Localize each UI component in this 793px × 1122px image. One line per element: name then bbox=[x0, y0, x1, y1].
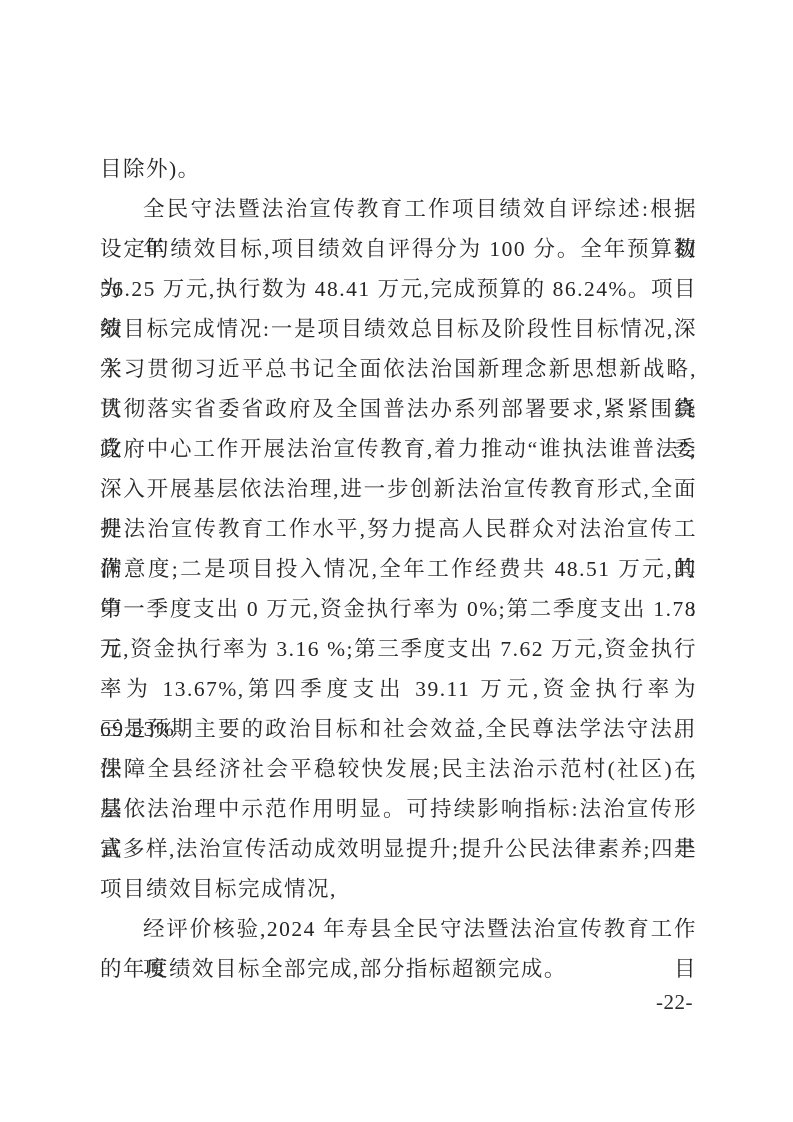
text-line: 保障全县经济社会平稳较快发展;民主法治示范村(社区)在基 bbox=[100, 749, 697, 789]
text-line: 效目标完成情况:一是项目绩效总目标及阶段性目标情况,深入 bbox=[100, 309, 697, 349]
text-line: 层依法治理中示范作用明显。可持续影响指标:法治宣传形式丰 bbox=[100, 789, 697, 829]
page-number: -22- bbox=[656, 988, 693, 1016]
text-line: 56.25 万元,执行数为 48.41 万元,完成预算的 86.24%。项目绩 bbox=[100, 269, 697, 309]
text-line: 升法治宣传教育工作水平,努力提高人民群众对法治宣传工作的 bbox=[100, 509, 697, 549]
text-line: 经评价核验,2024 年寿县全民守法暨法治宣传教育工作项目 bbox=[100, 909, 697, 949]
text-line: 政府中心工作开展法治宣传教育,着力推动“谁执法谁普法”, bbox=[100, 429, 697, 469]
text-line: 元,资金执行率为 3.16 %;第三季度支出 7.62 万元,资金执行 bbox=[100, 629, 697, 669]
text-line: 三是预期主要的政治目标和社会效益,全民尊法学法守法用法, bbox=[100, 709, 697, 749]
text-line: 率为 13.67%,第四季度支出 39.11 万元,资金执行率为 69.53%。 bbox=[100, 669, 697, 709]
text-line: 全民守法暨法治宣传教育工作项目绩效自评综述:根据年初 bbox=[100, 189, 697, 229]
document-page: 目除外)。 全民守法暨法治宣传教育工作项目绩效自评综述:根据年初 设定的绩效目标… bbox=[0, 0, 793, 1122]
text-line: 富多样,法治宣传活动成效明显提升;提升公民法律素养;四是 bbox=[100, 829, 697, 869]
text-line: 目除外)。 bbox=[100, 149, 697, 189]
text-line: 项目绩效目标完成情况, bbox=[100, 869, 697, 909]
text-line: 贯彻落实省委省政府及全国普法办系列部署要求,紧紧围绕党委 bbox=[100, 389, 697, 429]
text-line: 深入开展基层依法治理,进一步创新法治宣传教育形式,全面提 bbox=[100, 469, 697, 509]
document-body: 目除外)。 全民守法暨法治宣传教育工作项目绩效自评综述:根据年初 设定的绩效目标… bbox=[100, 149, 697, 989]
text-line: 设定的绩效目标,项目绩效自评得分为 100 分。全年预算数为 bbox=[100, 229, 697, 269]
text-line: 满意度;二是项目投入情况,全年工作经费共 48.51 万元,其中: bbox=[100, 549, 697, 589]
text-line: 学习贯彻习近平总书记全面依法治国新理念新思想新战略,认真 bbox=[100, 349, 697, 389]
text-line: 第一季度支出 0 万元,资金执行率为 0%;第二季度支出 1.78 万 bbox=[100, 589, 697, 629]
